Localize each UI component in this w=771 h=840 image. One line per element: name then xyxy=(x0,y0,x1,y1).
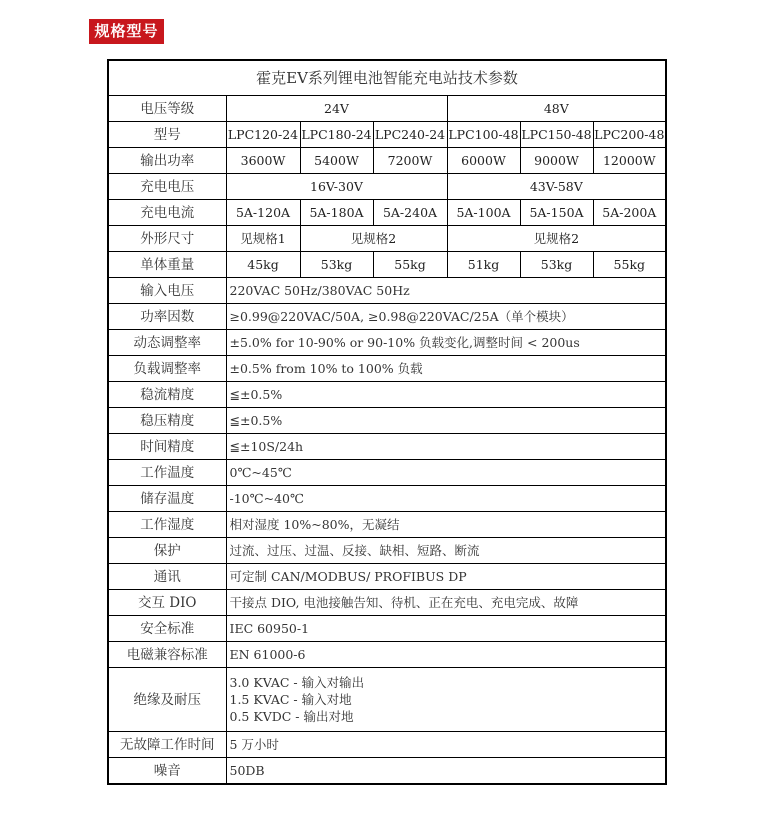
row-value: ±5.0% for 10-90% or 90-10% 负载变化,调整时间 < 2… xyxy=(226,330,666,356)
cell: 见规格2 xyxy=(300,226,447,252)
cell: LPC200-48 xyxy=(593,122,666,148)
row-label: 外形尺寸 xyxy=(108,226,226,252)
row-label: 电压等级 xyxy=(108,96,226,122)
table-row: 电磁兼容标准 EN 61000-6 xyxy=(108,642,666,668)
cell: 55kg xyxy=(593,252,666,278)
row-label: 功率因数 xyxy=(108,304,226,330)
table-row: 输入电压 220VAC 50Hz/380VAC 50Hz xyxy=(108,278,666,304)
value-line: 0.5 KVDC - 输出对地 xyxy=(230,708,666,725)
section-badge: 规格型号 xyxy=(89,19,164,44)
row-value: 可定制 CAN/MODBUS/ PROFIBUS DP xyxy=(226,564,666,590)
cell: 5A-100A xyxy=(447,200,520,226)
value-line: 1.5 KVAC - 输入对地 xyxy=(230,691,666,708)
table-row: 功率因数 ≥0.99@220VAC/50A, ≥0.98@220VAC/25A（… xyxy=(108,304,666,330)
table-row: 交互 DIO 干接点 DIO, 电池接触告知、待机、正在充电、充电完成、故障 xyxy=(108,590,666,616)
table-row: 时间精度 ≦±10S/24h xyxy=(108,434,666,460)
cell: 55kg xyxy=(373,252,447,278)
row-label: 单体重量 xyxy=(108,252,226,278)
table-row: 输出功率 3600W 5400W 7200W 6000W 9000W 12000… xyxy=(108,148,666,174)
cell: 5400W xyxy=(300,148,373,174)
row-value: ≦±10S/24h xyxy=(226,434,666,460)
row-label: 保护 xyxy=(108,538,226,564)
cell: 5A-200A xyxy=(593,200,666,226)
cell: 5A-240A xyxy=(373,200,447,226)
table-row: 电压等级 24V 48V xyxy=(108,96,666,122)
cell: 53kg xyxy=(520,252,593,278)
cell: 48V xyxy=(447,96,666,122)
cell: LPC120-24 xyxy=(226,122,300,148)
cell: 43V-58V xyxy=(447,174,666,200)
cell: 5A-150A xyxy=(520,200,593,226)
row-label: 电磁兼容标准 xyxy=(108,642,226,668)
row-label: 储存温度 xyxy=(108,486,226,512)
row-value: 干接点 DIO, 电池接触告知、待机、正在充电、充电完成、故障 xyxy=(226,590,666,616)
cell: 6000W xyxy=(447,148,520,174)
row-label: 无故障工作时间 xyxy=(108,732,226,758)
row-label: 输出功率 xyxy=(108,148,226,174)
row-label: 安全标准 xyxy=(108,616,226,642)
row-label: 绝缘及耐压 xyxy=(108,668,226,732)
table-row: 充电电压 16V-30V 43V-58V xyxy=(108,174,666,200)
table-row: 无故障工作时间 5 万小时 xyxy=(108,732,666,758)
row-value: ≦±0.5% xyxy=(226,382,666,408)
row-label: 工作温度 xyxy=(108,460,226,486)
table-row: 型号 LPC120-24 LPC180-24 LPC240-24 LPC100-… xyxy=(108,122,666,148)
row-value: -10℃~40℃ xyxy=(226,486,666,512)
cell: 51kg xyxy=(447,252,520,278)
row-value: ≥0.99@220VAC/50A, ≥0.98@220VAC/25A（单个模块） xyxy=(226,304,666,330)
cell: 5A-120A xyxy=(226,200,300,226)
cell: LPC180-24 xyxy=(300,122,373,148)
table-row: 负载调整率 ±0.5% from 10% to 100% 负载 xyxy=(108,356,666,382)
table-row: 充电电流 5A-120A 5A-180A 5A-240A 5A-100A 5A-… xyxy=(108,200,666,226)
row-label: 稳流精度 xyxy=(108,382,226,408)
cell: LPC100-48 xyxy=(447,122,520,148)
cell: 12000W xyxy=(593,148,666,174)
cell: LPC150-48 xyxy=(520,122,593,148)
row-value: EN 61000-6 xyxy=(226,642,666,668)
cell: LPC240-24 xyxy=(373,122,447,148)
row-label: 稳压精度 xyxy=(108,408,226,434)
table-row: 稳流精度 ≦±0.5% xyxy=(108,382,666,408)
cell: 9000W xyxy=(520,148,593,174)
row-label: 动态调整率 xyxy=(108,330,226,356)
row-value: 3.0 KVAC - 输入对输出 1.5 KVAC - 输入对地 0.5 KVD… xyxy=(226,668,666,732)
row-value: 过流、过压、过温、反接、缺相、短路、断流 xyxy=(226,538,666,564)
row-label: 负载调整率 xyxy=(108,356,226,382)
row-value: 50DB xyxy=(226,758,666,785)
table-row: 动态调整率 ±5.0% for 10-90% or 90-10% 负载变化,调整… xyxy=(108,330,666,356)
cell: 53kg xyxy=(300,252,373,278)
row-value: IEC 60950-1 xyxy=(226,616,666,642)
row-value: 0℃~45℃ xyxy=(226,460,666,486)
row-label: 噪音 xyxy=(108,758,226,785)
cell: 16V-30V xyxy=(226,174,447,200)
cell: 5A-180A xyxy=(300,200,373,226)
table-title: 霍克EV系列锂电池智能充电站技术参数 xyxy=(108,60,666,96)
row-value: 220VAC 50Hz/380VAC 50Hz xyxy=(226,278,666,304)
table-row: 储存温度 -10℃~40℃ xyxy=(108,486,666,512)
row-value: ±0.5% from 10% to 100% 负载 xyxy=(226,356,666,382)
row-label: 通讯 xyxy=(108,564,226,590)
value-line: 3.0 KVAC - 输入对输出 xyxy=(230,674,666,691)
spec-table: 霍克EV系列锂电池智能充电站技术参数 电压等级 24V 48V 型号 LPC12… xyxy=(107,59,667,785)
table-row: 保护 过流、过压、过温、反接、缺相、短路、断流 xyxy=(108,538,666,564)
table-row: 工作湿度 相对湿度 10%~80%，无凝结 xyxy=(108,512,666,538)
table-row: 外形尺寸 见规格1 见规格2 见规格2 xyxy=(108,226,666,252)
table-row: 安全标准 IEC 60950-1 xyxy=(108,616,666,642)
table-row: 绝缘及耐压 3.0 KVAC - 输入对输出 1.5 KVAC - 输入对地 0… xyxy=(108,668,666,732)
row-label: 充电电流 xyxy=(108,200,226,226)
table-row: 工作温度 0℃~45℃ xyxy=(108,460,666,486)
cell: 见规格1 xyxy=(226,226,300,252)
table-row: 单体重量 45kg 53kg 55kg 51kg 53kg 55kg xyxy=(108,252,666,278)
table-row: 稳压精度 ≦±0.5% xyxy=(108,408,666,434)
row-label: 型号 xyxy=(108,122,226,148)
cell: 见规格2 xyxy=(447,226,666,252)
row-label: 时间精度 xyxy=(108,434,226,460)
row-label: 交互 DIO xyxy=(108,590,226,616)
row-value: 相对湿度 10%~80%，无凝结 xyxy=(226,512,666,538)
cell: 45kg xyxy=(226,252,300,278)
row-value: 5 万小时 xyxy=(226,732,666,758)
table-row: 噪音 50DB xyxy=(108,758,666,785)
row-value: ≦±0.5% xyxy=(226,408,666,434)
cell: 3600W xyxy=(226,148,300,174)
row-label: 工作湿度 xyxy=(108,512,226,538)
table-row: 通讯 可定制 CAN/MODBUS/ PROFIBUS DP xyxy=(108,564,666,590)
cell: 24V xyxy=(226,96,447,122)
cell: 7200W xyxy=(373,148,447,174)
row-label: 充电电压 xyxy=(108,174,226,200)
row-label: 输入电压 xyxy=(108,278,226,304)
table-title-row: 霍克EV系列锂电池智能充电站技术参数 xyxy=(108,60,666,96)
